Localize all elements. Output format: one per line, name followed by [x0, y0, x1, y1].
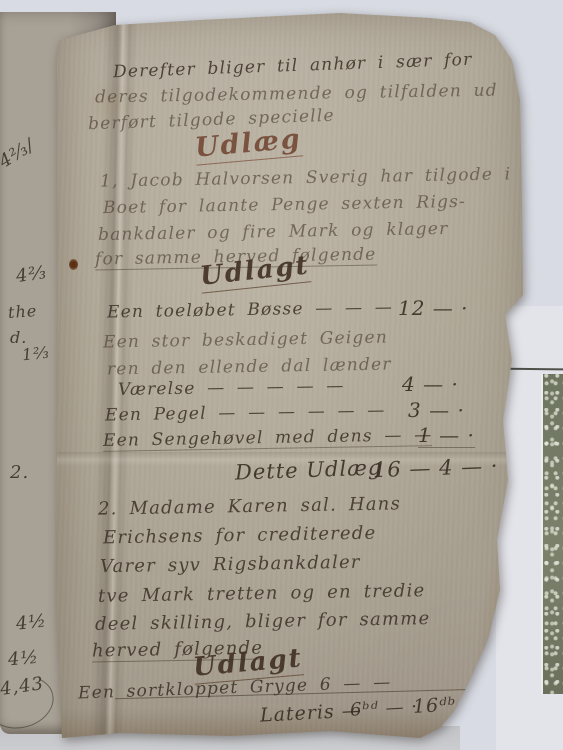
photo-of-manuscript: 4⅔/ 4⅔ the d. 1⅔ 2. 4½ 4½ 4,43 Derefter … — [0, 0, 563, 750]
ink-blot — [69, 259, 78, 270]
levy-amount: 12 — · — [398, 296, 469, 320]
levy-item: Værelse — — — — — — [118, 376, 345, 400]
manuscript-sheet-wrap: Derefter bliger til anhør i sær for dere… — [0, 0, 563, 750]
levy-amount: 4 — · — [402, 372, 459, 396]
levy-amount: 3 — · — [408, 398, 465, 422]
lateris-value-1: 6ᵇᵈ — · — [349, 696, 418, 721]
subtotal-value: 16 — 4 — · — [373, 454, 499, 482]
manuscript-page: Derefter bliger til anhør i sær for dere… — [55, 10, 530, 745]
lateris-value-2: 16ᵈᵇ 4. — [412, 692, 484, 718]
levy-amount: 1 — · — [418, 423, 475, 448]
subtotal-label: Dette Udlæg — [235, 455, 383, 484]
